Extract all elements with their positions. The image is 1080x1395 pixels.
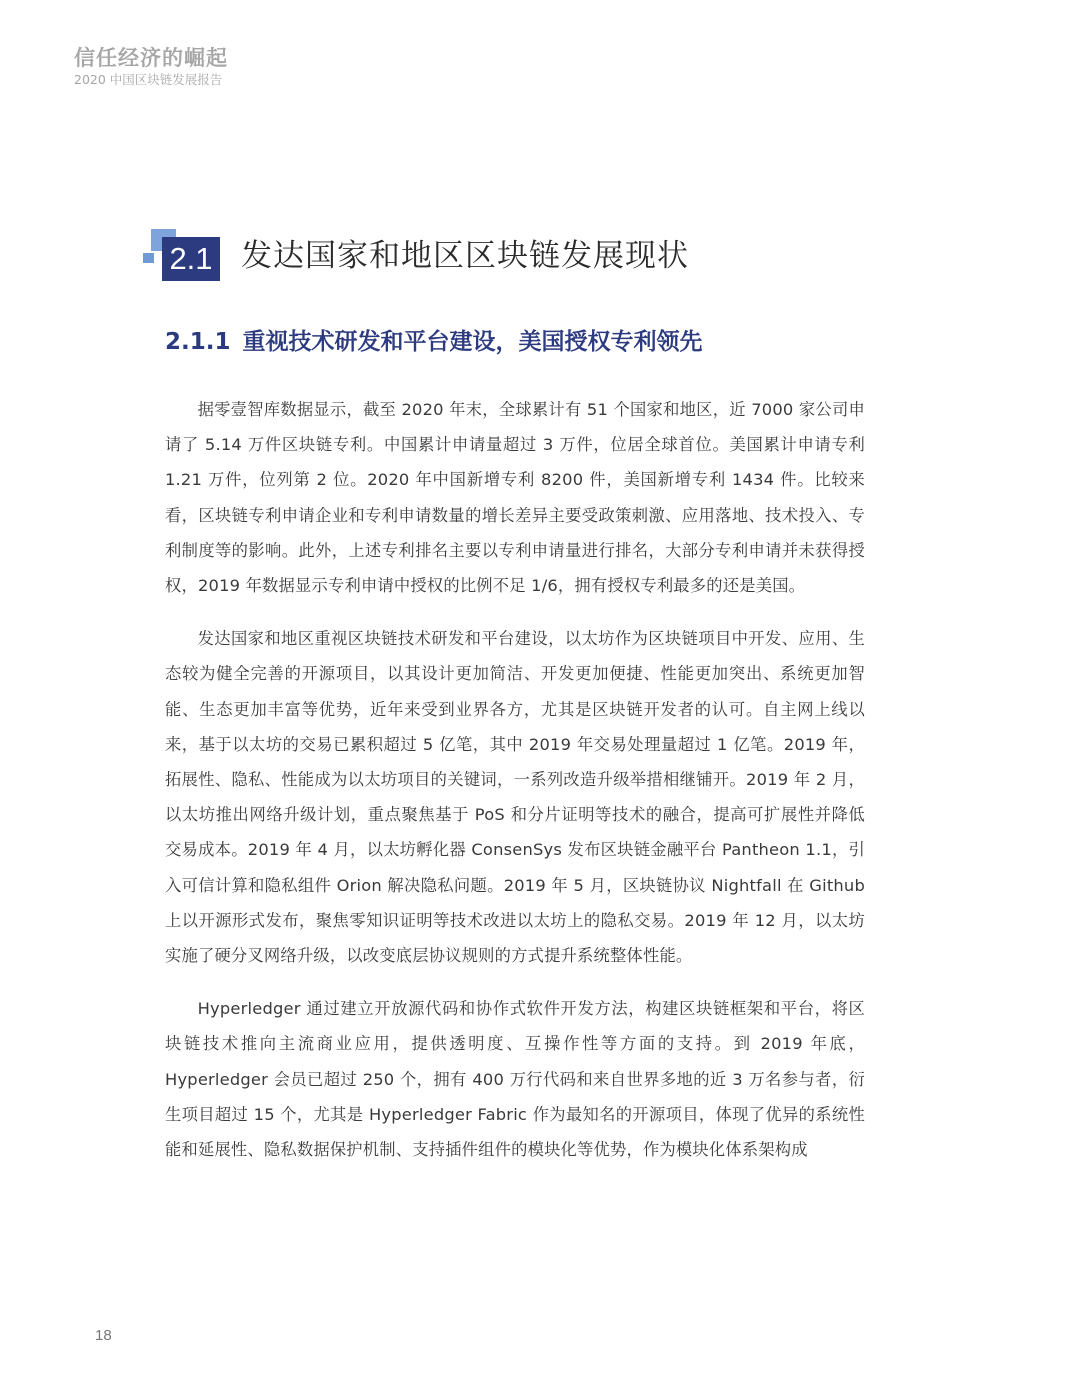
subsection-heading: 2.1.1重视技术研发和平台建设，美国授权专利领先 [165, 325, 703, 359]
paragraph-hyperledger: Hyperledger 通过建立开放源代码和协作式软件开发方法，构建区块链框架和… [165, 991, 865, 1167]
section-number: 2.1 [162, 237, 220, 281]
report-subtitle: 2020 中国区块链发展报告 [74, 71, 228, 89]
subsection-title: 重视技术研发和平台建设，美国授权专利领先 [243, 329, 703, 355]
body-text: 据零壹智库数据显示，截至 2020 年末，全球累计有 51 个国家和地区，近 7… [165, 392, 865, 1185]
paragraph-patents: 据零壹智库数据显示，截至 2020 年末，全球累计有 51 个国家和地区，近 7… [165, 392, 865, 603]
paragraph-ethereum: 发达国家和地区重视区块链技术研发和平台建设，以太坊作为区块链项目中开发、应用、生… [165, 621, 865, 973]
section-title: 发达国家和地区区块链发展现状 [241, 234, 689, 278]
subsection-number: 2.1.1 [165, 329, 231, 355]
report-title: 信任经济的崛起 [74, 46, 228, 70]
page-number: 18 [95, 1327, 112, 1344]
section-heading: 2.1 发达国家和地区区块链发展现状 [140, 228, 840, 284]
decorative-square-small-icon [143, 253, 154, 263]
running-header: 信任经济的崛起 2020 中国区块链发展报告 [74, 46, 228, 89]
